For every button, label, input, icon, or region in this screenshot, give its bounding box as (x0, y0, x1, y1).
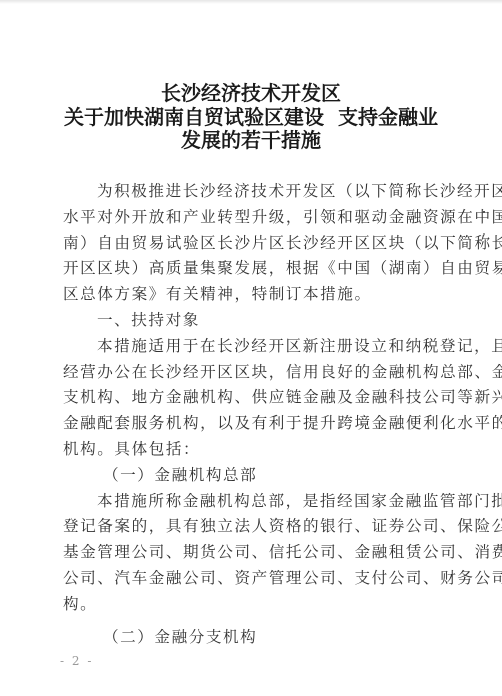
intro-line: 南）自由贸易试验区长沙片区长沙经开区区块（以下简称长沙经 (63, 231, 443, 257)
scan-speck (483, 233, 485, 235)
intro-line: 开区区块）高质量集聚发展，根据《中国（湖南）自由贸易试验 (63, 256, 443, 282)
subsection1-line: 构。 (63, 592, 443, 618)
section1-line: 经营办公在长沙经开区区块，信用良好的金融机构总部、金融分 (63, 360, 443, 386)
scan-speck (480, 498, 482, 500)
section1-line: 本措施适用于在长沙经开区新注册设立和纳税登记，且实际 (63, 334, 443, 360)
scan-speck (483, 211, 485, 213)
document-body: 为积极推进长沙经济技术开发区（以下简称长沙经开区）高 水平对外开放和产业转型升级… (63, 179, 443, 650)
section-heading-support-targets: 一、扶持对象 (63, 308, 443, 334)
subsection1-line: 基金管理公司、期货公司、信托公司、金融租赁公司、消费金融 (63, 540, 443, 566)
page-number: - 2 - (60, 654, 93, 668)
intro-line: 区总体方案》有关精神，特制订本措施。 (63, 282, 443, 308)
subsection-heading-hq: （一）金融机构总部 (63, 463, 443, 489)
subsection1-line: 登记备案的，具有独立法人资格的银行、证券公司、保险公司、 (63, 514, 443, 540)
intro-line: 水平对外开放和产业转型升级，引领和驱动金融资源在中国（湖 (63, 205, 443, 231)
intro-line: 为积极推进长沙经济技术开发区（以下简称长沙经开区）高 (63, 179, 443, 205)
title-line-2: 关于加快湖南自贸试验区建设 支持金融业 (0, 106, 502, 130)
scan-speck (481, 520, 483, 522)
section1-line: 金融配套服务机构，以及有利于提升跨境金融便利化水平的其他 (63, 411, 443, 437)
subsection1-line: 公司、汽车金融公司、资产管理公司、支付公司、财务公司等机 (63, 566, 443, 592)
section1-line: 机构。具体包括： (63, 437, 443, 463)
subsection1-line: 本措施所称金融机构总部，是指经国家金融监管部门批准或 (63, 489, 443, 515)
document-title: 长沙经济技术开发区 关于加快湖南自贸试验区建设 支持金融业 发展的若干措施 (0, 82, 502, 153)
subsection-heading-branches: （二）金融分支机构 (63, 625, 443, 651)
title-line-3: 发展的若干措施 (0, 129, 502, 153)
spacer (63, 618, 443, 625)
title-line-1: 长沙经济技术开发区 (0, 82, 502, 106)
page-top-shadow (0, 0, 502, 4)
section1-line: 支机构、地方金融机构、供应链金融及金融科技公司等新兴机构、 (63, 385, 443, 411)
